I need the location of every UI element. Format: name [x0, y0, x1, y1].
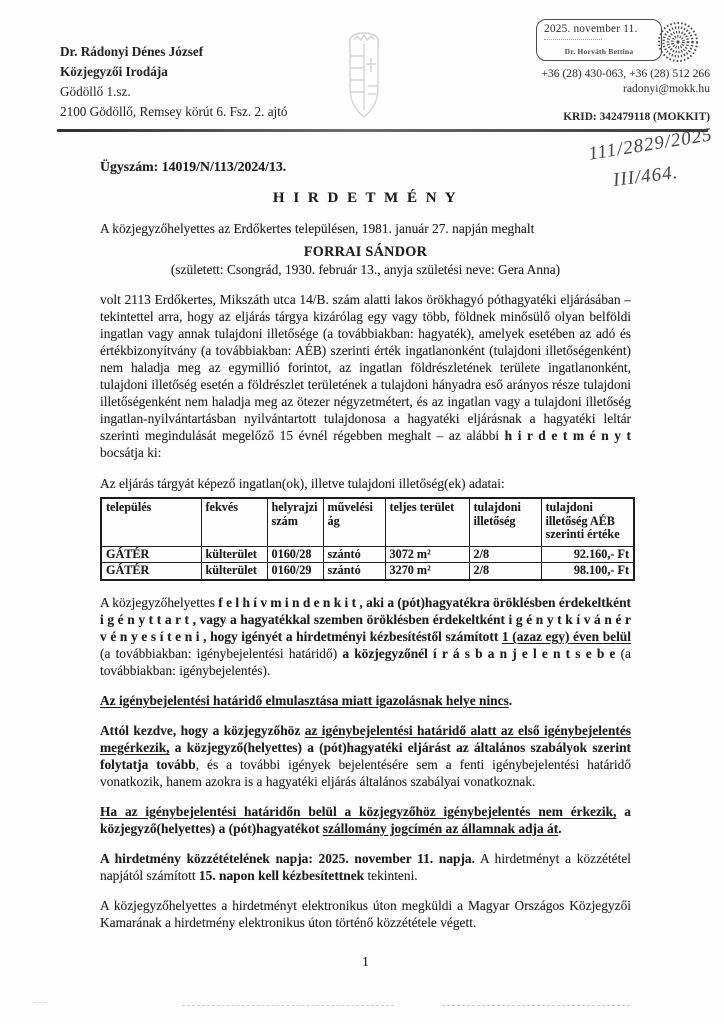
document-body: Ügyszám: 14019/N/113/2024/13. H I R D E … — [100, 158, 631, 970]
table-cell: 3270 m² — [385, 563, 469, 580]
notary-seal-icon — [656, 20, 700, 69]
table-cell: 3072 m² — [385, 546, 469, 563]
table-cell: 92.160,- Ft — [541, 546, 634, 563]
table-cell: szántó — [323, 563, 385, 580]
text-segment: Az igénybejelentési határidő elmulasztás… — [100, 693, 509, 708]
scan-artifact-line — [182, 1005, 394, 1006]
text-segment: . — [558, 821, 561, 836]
deceased-name: FORRAI SÁNDOR — [100, 244, 631, 261]
text-segment: 1 (azaz egy) éven belül — [502, 629, 631, 644]
notary-office-line: Közjegyzői Irodája — [60, 62, 287, 82]
table-row: GÁTÉRkülterület0160/29szántó3270 m²2/898… — [101, 563, 634, 580]
paragraph-electronic-publication: A közjegyzőhelyettes a hirdetményt elekt… — [100, 897, 631, 931]
header-divider — [57, 129, 708, 132]
assets-intro-line: Az eljárás tárgyát képező ingatlan(ok), … — [100, 475, 631, 492]
email-address: radonyi@mokk.hu — [541, 81, 710, 96]
column-header: település — [101, 498, 201, 546]
notice-title: H I R D E T M É N Y — [100, 190, 631, 207]
text-segment: 15. napon kell kézbesítettnek — [199, 868, 364, 883]
text-segment: bocsátja ki: — [100, 445, 161, 460]
coat-of-arms-icon — [338, 30, 390, 125]
table-cell: GÁTÉR — [101, 546, 201, 563]
column-header: teljes terület — [385, 498, 469, 546]
text-segment: Attól kezdve, hogy a közjegyzőhöz — [100, 723, 305, 738]
table-cell: 0160/29 — [267, 563, 323, 580]
text-segment: . — [509, 693, 512, 708]
krid-line: KRID: 342479118 (MOKKIT) — [563, 111, 710, 123]
notary-seat-line: Gödöllő 1.sz. — [60, 82, 287, 102]
table-cell: GÁTÉR — [101, 563, 201, 580]
table-cell: 2/8 — [469, 546, 541, 563]
paragraph-main: volt 2113 Erdőkertes, Mikszáth utca 14/B… — [100, 291, 631, 461]
notary-address-line: 2100 Gödöllő, Remsey körút 6. Fsz. 2. aj… — [60, 102, 287, 122]
phone-numbers: +36 (28) 430-063, +36 (28) 512 266 — [541, 66, 710, 81]
text-segment: volt 2113 Erdőkertes, Mikszáth utca 14/B… — [100, 292, 631, 443]
column-header: tulajdoni illetőség AÉB szerinti értéke — [541, 498, 634, 546]
text-segment: a közjegyzőnél í r á s b a n j e l e n t… — [342, 646, 620, 661]
table-header-row: településfekvéshelyrajzi számművelési ág… — [101, 498, 634, 546]
table-cell: külterület — [201, 546, 267, 563]
table-cell: 2/8 — [469, 563, 541, 580]
date-stamp-box: 2025. november 11. Dr. Horváth Bettina — [536, 19, 662, 61]
text-segment: A közjegyzőhelyettes — [100, 595, 218, 610]
intro-line: A közjegyzőhelyettes az Erdőkertes telep… — [100, 220, 631, 237]
column-header: helyrajzi szám — [267, 498, 323, 546]
property-table: településfekvéshelyrajzi számművelési ág… — [100, 497, 635, 581]
stamp-illegible-line — [544, 36, 602, 40]
paragraph-publication-date: A hirdetmény közzétételének napja: 2025.… — [100, 850, 631, 884]
paragraph-escheat: Ha az igénybejelentési határidőn belül a… — [100, 803, 631, 837]
scanned-notice-page: Dr. Rádonyi Dénes József Közjegyzői Irod… — [0, 0, 724, 1024]
paragraph-after-first-claim: Attól kezdve, hogy a közjegyzőhöz az igé… — [100, 722, 631, 790]
column-header: tulajdoni illetőség — [469, 498, 541, 546]
stamp-signer-name: Dr. Horváth Bettina — [544, 47, 654, 56]
column-header: fekvés — [201, 498, 267, 546]
contact-block: +36 (28) 430-063, +36 (28) 512 266 radon… — [541, 66, 710, 96]
text-segment: (a továbbiakban: igénybejelentési határi… — [100, 646, 342, 661]
table-cell: 98.100,- Ft — [541, 563, 634, 580]
stamp-date: 2025. november 11. — [544, 23, 654, 35]
text-segment: szállomány jogcímén az államnak adja át — [323, 821, 558, 836]
table-cell: külterület — [201, 563, 267, 580]
scan-artifact-line — [33, 1002, 47, 1003]
text-segment: Ha az igénybejelentési határidőn belül a… — [100, 804, 616, 819]
page-number: 1 — [100, 953, 631, 970]
text-segment: tekinteni. — [364, 868, 418, 883]
case-number: Ügyszám: 14019/N/113/2024/13. — [100, 158, 631, 175]
text-segment: h i r d e t m é n y t — [505, 428, 631, 443]
paragraph-deadline-rule: Az igénybejelentési határidő elmulasztás… — [100, 692, 631, 709]
text-segment: A hirdetmény közzétételének napja: 2025.… — [100, 851, 475, 866]
column-header: művelési ág — [323, 498, 385, 546]
table-row: GÁTÉRkülterület0160/28szántó3072 m²2/892… — [101, 546, 634, 563]
table-cell: szántó — [323, 546, 385, 563]
scan-artifact-line — [442, 1005, 630, 1006]
birth-details-line: (született: Csongrád, 1930. február 13.,… — [100, 261, 631, 278]
notary-office-block: Dr. Rádonyi Dénes József Közjegyzői Irod… — [60, 42, 287, 122]
paragraph-call-to-claim: A közjegyzőhelyettes f e l h í v m i n d… — [100, 594, 631, 679]
table-cell: 0160/28 — [267, 546, 323, 563]
notary-name: Dr. Rádonyi Dénes József — [60, 42, 287, 62]
